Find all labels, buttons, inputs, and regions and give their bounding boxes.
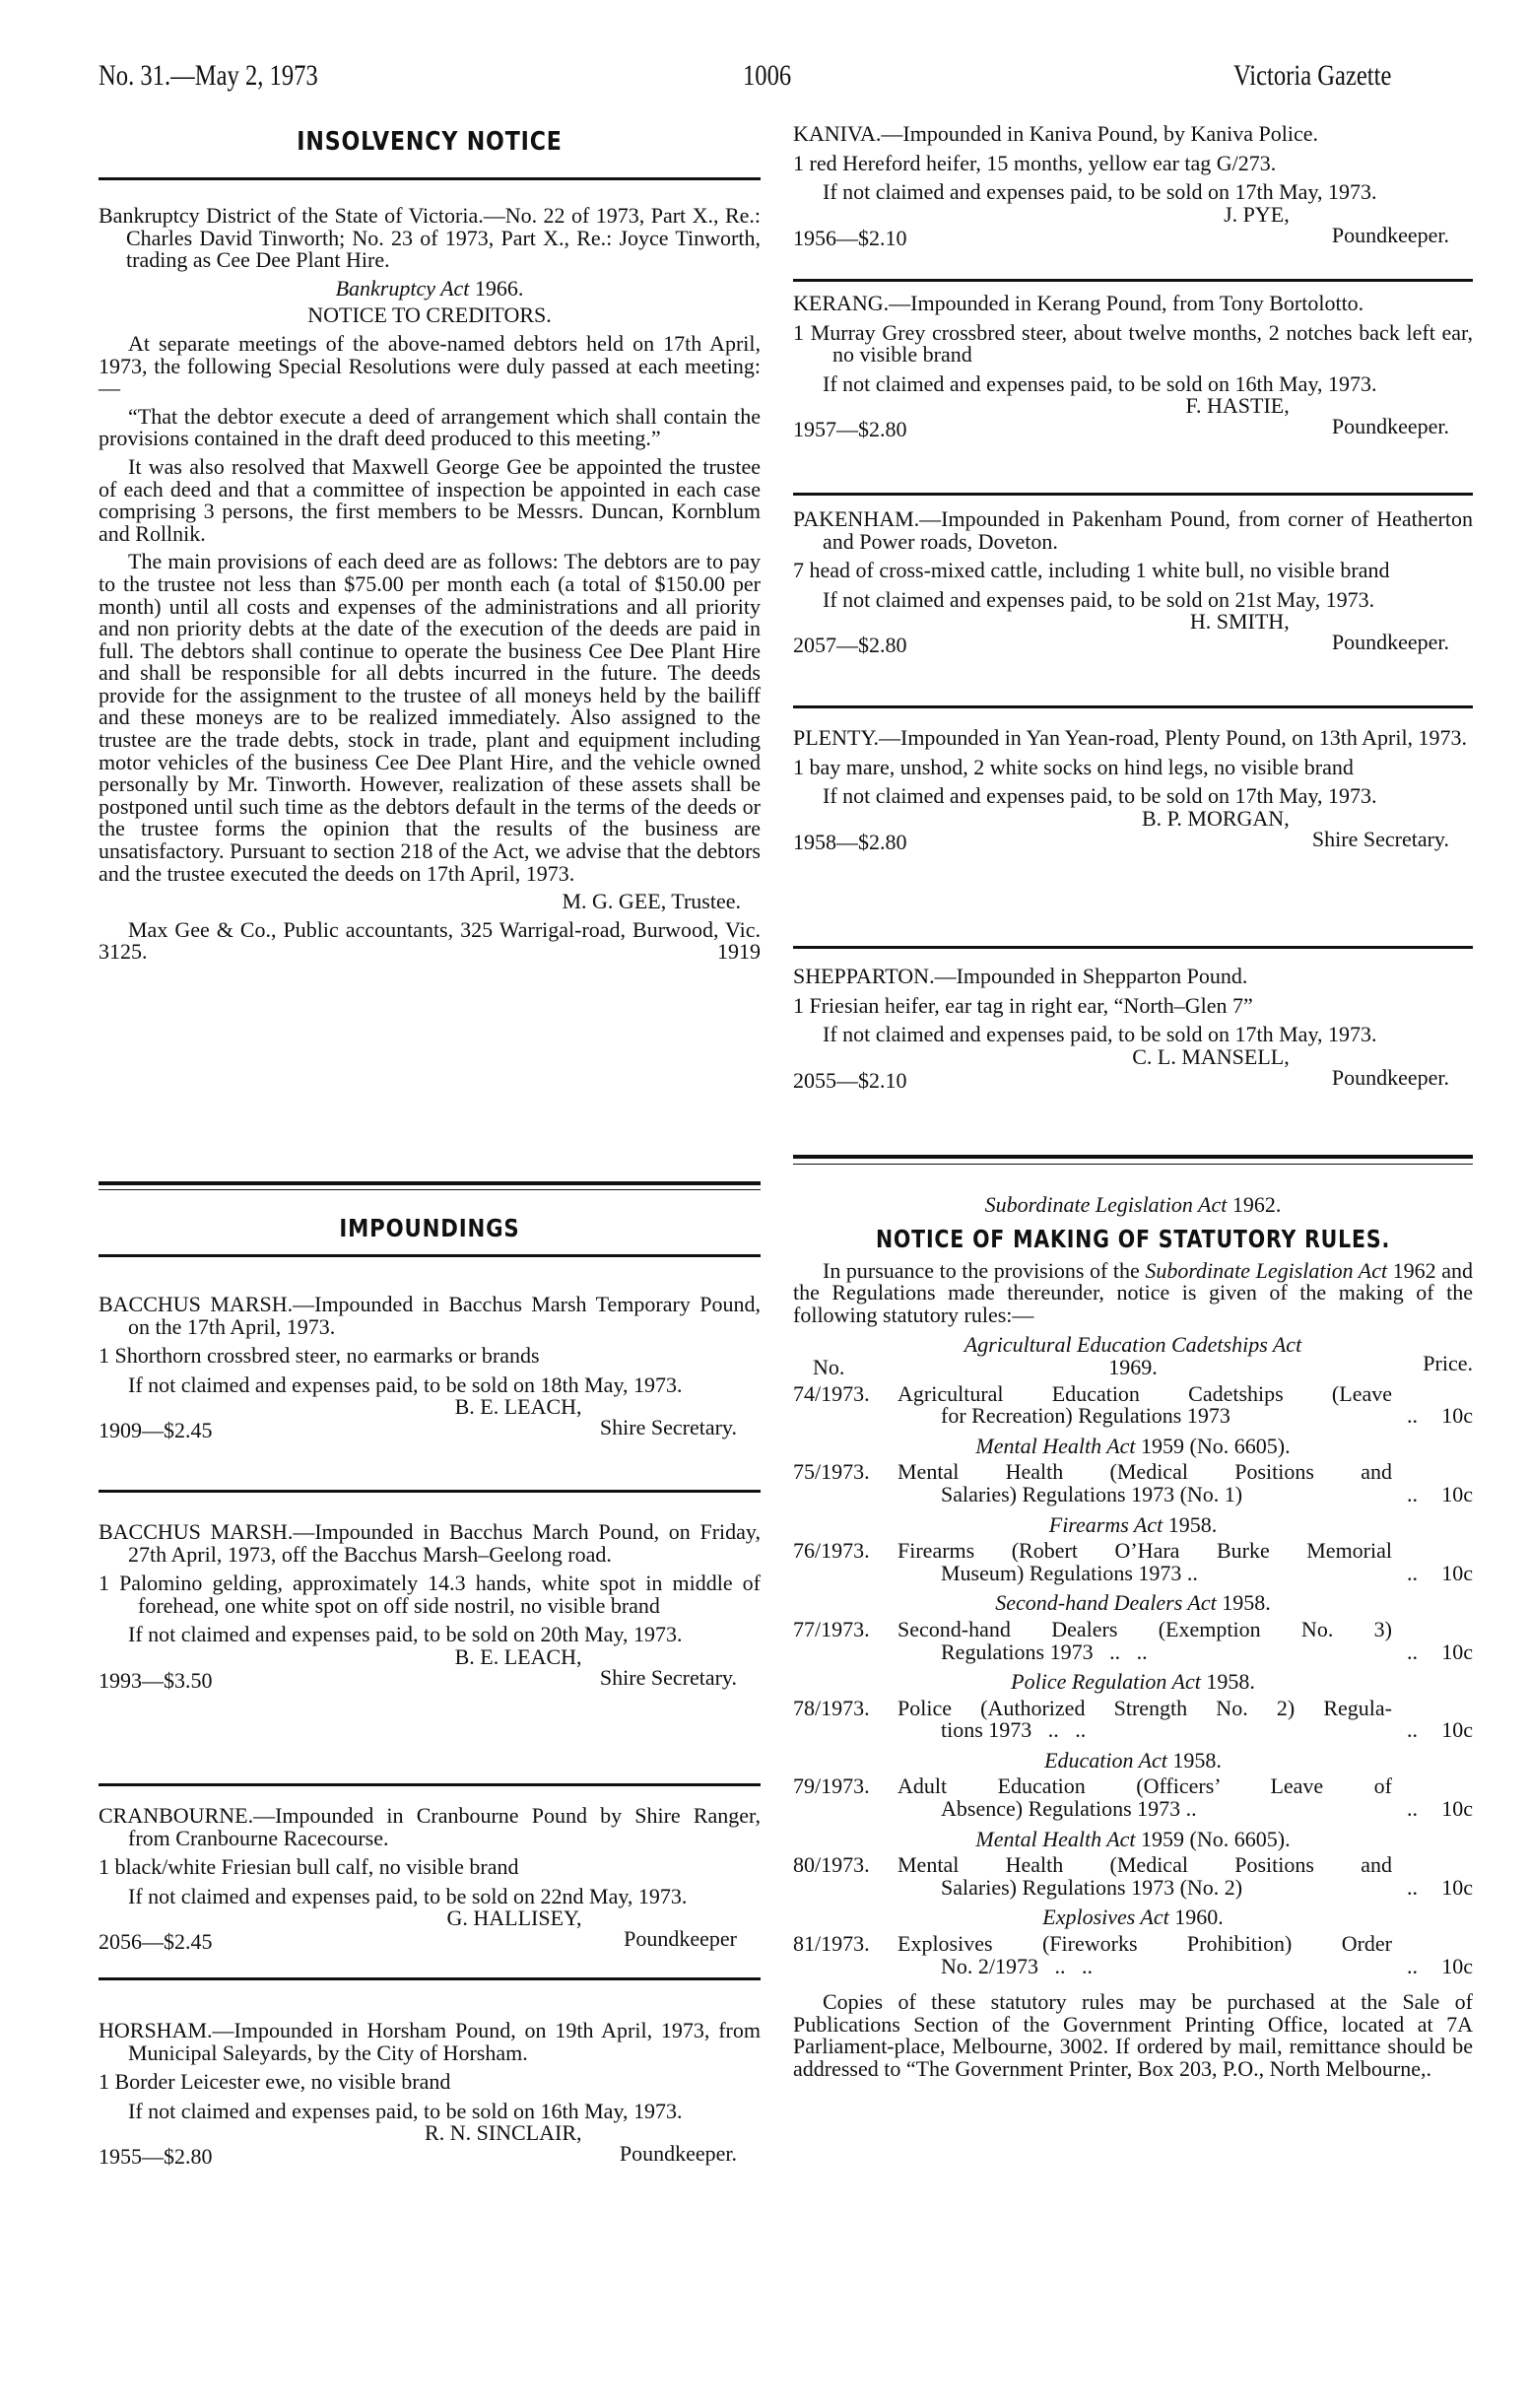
rule-dots: ..: [1392, 1641, 1418, 1664]
double-rule-thin: [99, 1189, 761, 1190]
rule-divider: [793, 705, 1473, 708]
impounding-notice: SHEPPARTON.—Impounded in Shepparton Poun…: [793, 966, 1473, 1094]
rule-number: 77/1973.: [793, 1619, 897, 1663]
notice-animal: 1 black/white Friesian bull calf, no vis…: [99, 1856, 761, 1879]
notice-ref: 1955—$2.80: [99, 2146, 213, 2169]
impounding-notice: CRANBOURNE.—Impounded in Cranbourne Poun…: [99, 1805, 761, 1955]
impounding-notice: KERANG.—Impounded in Kerang Pound, from …: [793, 293, 1473, 442]
notice-animal: 1 red Hereford heifer, 15 months, yellow…: [793, 153, 1473, 175]
rule-title: Mental Health (Medical Positions andSala…: [897, 1854, 1392, 1899]
rule-title-line: Police (Authorized Strength No. 2) Regul…: [897, 1698, 1392, 1720]
act-year: 1959 (No. 6605).: [1141, 1827, 1291, 1851]
signer-name: B. E. LEACH,: [455, 1646, 582, 1669]
notice-heading: KERANG.—Impounded in Kerang Pound, from …: [793, 293, 1473, 315]
statutory-rule-row: 77/1973.Second-hand Dealers (Exemption N…: [793, 1619, 1473, 1663]
rule-title-line: Explosives (Fireworks Prohibition) Order: [897, 1933, 1392, 1956]
rule-price: 10c: [1418, 1956, 1473, 1978]
notice-sale: If not claimed and expenses paid, to be …: [793, 1024, 1473, 1046]
notice-ref: 2056—$2.45: [99, 1931, 213, 1954]
enabling-act-year: 1962.: [1232, 1192, 1282, 1217]
signer-role: Poundkeeper.: [1332, 225, 1449, 247]
rule-dots: ..: [1392, 1484, 1418, 1506]
notice-heading: KANIVA.—Impounded in Kaniva Pound, by Ka…: [793, 123, 1473, 146]
double-rule-thin: [793, 1164, 1473, 1165]
rule-enabling-act: Firearms Act 1958.: [793, 1514, 1473, 1537]
rule-title: Agricultural Education Cadetships (Leave…: [897, 1383, 1392, 1428]
rule-number: 78/1973.: [793, 1698, 897, 1742]
rule-title: Police (Authorized Strength No. 2) Regul…: [897, 1698, 1392, 1742]
impounding-notice: BACCHUS MARSH.—Impounded in Bacchus Mars…: [99, 1294, 761, 1443]
insolvency-ref: 1919: [688, 941, 761, 964]
signer-name: B. P. MORGAN,: [1142, 808, 1290, 831]
rule-title-line: Firearms (Robert O’Hara Burke Memorial: [897, 1540, 1392, 1563]
notice-sale: If not claimed and expenses paid, to be …: [793, 589, 1473, 612]
insolvency-section: INSOLVENCY NOTICE: [99, 126, 761, 158]
act-year: 1958.: [1168, 1512, 1218, 1537]
notice-heading: HORSHAM.—Impounded in Horsham Pound, on …: [99, 2020, 761, 2064]
notice-heading: PAKENHAM.—Impounded in Pakenham Pound, f…: [793, 508, 1473, 553]
firm-address: Max Gee & Co., Public accountants, 325 W…: [99, 917, 761, 965]
rule-price: 10c: [1418, 1563, 1473, 1585]
statutory-rules-title: NOTICE OF MAKING OF STATUTORY RULES.: [854, 1225, 1412, 1254]
intro-italic: Subordinate Legislation Act: [1145, 1258, 1387, 1283]
notice-sale: If not claimed and expenses paid, to be …: [99, 1886, 761, 1908]
act-year: 1966.: [475, 276, 524, 301]
rule-title: Second-hand Dealers (Exemption No. 3)Reg…: [897, 1619, 1392, 1663]
act-italic: Mental Health Act: [975, 1434, 1135, 1458]
insolvency-body: Bankruptcy District of the State of Vict…: [99, 205, 761, 964]
notice-animal: 7 head of cross-mixed cattle, including …: [793, 560, 1473, 582]
rule-divider: [99, 1783, 761, 1786]
rule-title-line: Museum) Regulations 1973 ..: [897, 1563, 1392, 1585]
rule-number: 75/1973.: [793, 1461, 897, 1505]
rule-divider: [99, 177, 761, 180]
act-name: Agricultural Education Cadetships Act 19…: [956, 1334, 1310, 1378]
insolvency-paragraph: The main provisions of each deed are as …: [99, 551, 761, 885]
act-year: 1959 (No. 6605).: [1141, 1434, 1291, 1458]
rule-enabling-act: Mental Health Act 1959 (No. 6605).: [793, 1436, 1473, 1458]
rule-dots: ..: [1392, 1719, 1418, 1742]
act-italic: Police Regulation Act: [1011, 1669, 1201, 1694]
signer-name: H. SMITH,: [1190, 611, 1290, 634]
column-header-price: Price.: [1423, 1353, 1473, 1375]
rule-title: Explosives (Fireworks Prohibition) Order…: [897, 1933, 1392, 1977]
notice-signature: H. SMITH,Poundkeeper.2057—$2.80: [793, 611, 1473, 658]
statutory-rules-list: No.Price.Agricultural Education Cadetshi…: [793, 1334, 1473, 1977]
notice-animal: 1 Shorthorn crossbred steer, no earmarks…: [99, 1345, 761, 1368]
signer-name: J. PYE,: [1224, 204, 1290, 227]
signer-name: B. E. LEACH,: [455, 1396, 582, 1419]
notice-ref: 1993—$3.50: [99, 1670, 213, 1693]
enabling-act: Subordinate Legislation Act 1962.: [793, 1194, 1473, 1217]
notice-animal: 1 Palomino gelding, approximately 14.3 h…: [99, 1572, 761, 1617]
header-issue: No. 31.—May 2, 1973: [99, 59, 318, 93]
act-italic: Firearms Act: [1049, 1512, 1163, 1537]
notice-sale: If not claimed and expenses paid, to be …: [793, 373, 1473, 396]
notice-sale: If not claimed and expenses paid, to be …: [99, 1374, 761, 1397]
impounding-notice: HORSHAM.—Impounded in Horsham Pound, on …: [99, 2020, 761, 2170]
header-page-number: 1006: [743, 59, 791, 93]
statutory-rule-row: 76/1973.Firearms (Robert O’Hara Burke Me…: [793, 1540, 1473, 1584]
act-year: 1958.: [1206, 1669, 1255, 1694]
rule-title: Adult Education (Officers’ Leave ofAbsen…: [897, 1775, 1392, 1820]
statutory-rule-row: 75/1973.Mental Health (Medical Positions…: [793, 1461, 1473, 1505]
notice-ref: 2055—$2.10: [793, 1070, 907, 1093]
statutory-rule-row: 78/1973.Police (Authorized Strength No. …: [793, 1698, 1473, 1742]
rule-enabling-act: Second-hand Dealers Act 1958.: [793, 1592, 1473, 1615]
rule-dots: ..: [1392, 1877, 1418, 1900]
notice-heading: BACCHUS MARSH.—Impounded in Bacchus Mars…: [99, 1294, 761, 1338]
rule-dots: ..: [1392, 1563, 1418, 1585]
notice-ref: 1958—$2.80: [793, 832, 907, 854]
act-italic: Agricultural Education Cadetships Act: [964, 1332, 1301, 1357]
statutory-closing: Copies of these statutory rules may be p…: [793, 1991, 1473, 2080]
notice-heading: SHEPPARTON.—Impounded in Shepparton Poun…: [793, 966, 1473, 988]
notice-sale: If not claimed and expenses paid, to be …: [99, 2101, 761, 2123]
signer-name: C. L. MANSELL,: [1132, 1046, 1290, 1069]
header-publication: Victoria Gazette: [1233, 59, 1391, 93]
rule-dots: ..: [1392, 1405, 1418, 1428]
statutory-rule-row: 79/1973.Adult Education (Officers’ Leave…: [793, 1775, 1473, 1820]
signer-role: Poundkeeper.: [620, 2143, 737, 2166]
rule-divider: [793, 493, 1473, 496]
act-year: 1969.: [1108, 1355, 1158, 1379]
rule-price: 10c: [1418, 1405, 1473, 1428]
statutory-rule-row: 80/1973.Mental Health (Medical Positions…: [793, 1854, 1473, 1899]
column-header-no: No.: [813, 1357, 844, 1379]
notice-signature: J. PYE,Poundkeeper.1956—$2.10: [793, 204, 1473, 251]
rule-enabling-act: No.Price.Agricultural Education Cadetshi…: [793, 1334, 1473, 1378]
act-italic: Explosives Act: [1042, 1905, 1169, 1929]
notice-heading: BACCHUS MARSH.—Impounded in Bacchus Marc…: [99, 1521, 761, 1566]
notice-heading: PLENTY.—Impounded in Yan Yean-road, Plen…: [793, 727, 1473, 750]
statutory-intro: In pursuance to the provisions of the Su…: [793, 1260, 1473, 1327]
rule-title: Firearms (Robert O’Hara Burke MemorialMu…: [897, 1540, 1392, 1584]
impounding-notice: PLENTY.—Impounded in Yan Yean-road, Plen…: [793, 727, 1473, 855]
notice-signature: B. P. MORGAN,Shire Secretary.1958—$2.80: [793, 808, 1473, 855]
act-italic: Second-hand Dealers Act: [995, 1590, 1216, 1615]
notice-signature: G. HALLISEY,Poundkeeper2056—$2.45: [99, 1907, 761, 1955]
rule-divider: [793, 279, 1473, 282]
rule-title-line: No. 2/1973 .. ..: [897, 1956, 1392, 1978]
notice-sale: If not claimed and expenses paid, to be …: [793, 785, 1473, 808]
notice-signature: B. E. LEACH,Shire Secretary.1993—$3.50: [99, 1646, 761, 1694]
act-year: 1958.: [1172, 1748, 1222, 1773]
notice-signature: R. N. SINCLAIR,Poundkeeper.1955—$2.80: [99, 2122, 761, 2170]
insolvency-act: Bankruptcy Act 1966.: [99, 278, 761, 301]
notice-signature: B. E. LEACH,Shire Secretary.1909—$2.45: [99, 1396, 761, 1443]
act-italic: Mental Health Act: [975, 1827, 1135, 1851]
rule-enabling-act: Police Regulation Act 1958.: [793, 1671, 1473, 1694]
enabling-act-italic: Subordinate Legislation Act: [985, 1192, 1228, 1217]
impounding-notice: KANIVA.—Impounded in Kaniva Pound, by Ka…: [793, 123, 1473, 251]
rule-divider: [99, 1490, 761, 1493]
insolvency-signature: M. G. GEE, Trustee.: [99, 891, 761, 913]
insolvency-title: INSOLVENCY NOTICE: [148, 126, 710, 158]
signer-role: Shire Secretary.: [600, 1417, 737, 1439]
notice-ref: 1957—$2.80: [793, 419, 907, 441]
notice-signature: C. L. MANSELL,Poundkeeper.2055—$2.10: [793, 1046, 1473, 1094]
rule-dots: ..: [1392, 1956, 1418, 1978]
notice-animal: 1 Border Leicester ewe, no visible brand: [99, 2071, 761, 2094]
rule-title-line: tions 1973 .. ..: [897, 1719, 1392, 1742]
notice-animal: 1 Friesian heifer, ear tag in right ear,…: [793, 995, 1473, 1018]
rule-divider: [793, 946, 1473, 949]
statutory-rules-section: Subordinate Legislation Act 1962. NOTICE…: [793, 1194, 1473, 2081]
rule-title-line: Mental Health (Medical Positions and: [897, 1461, 1392, 1484]
rule-price: 10c: [1418, 1877, 1473, 1900]
rule-title-line: for Recreation) Regulations 1973: [897, 1405, 1392, 1428]
signer-name: F. HASTIE,: [1186, 395, 1290, 418]
notice-signature: F. HASTIE,Poundkeeper.1957—$2.80: [793, 395, 1473, 442]
insolvency-intro: Bankruptcy District of the State of Vict…: [99, 205, 761, 272]
rule-enabling-act: Mental Health Act 1959 (No. 6605).: [793, 1829, 1473, 1851]
rule-title-line: Agricultural Education Cadetships (Leave: [897, 1383, 1392, 1406]
signer-role: Poundkeeper: [624, 1928, 737, 1951]
rule-title-line: Salaries) Regulations 1973 (No. 1): [897, 1484, 1392, 1506]
rule-title-line: Salaries) Regulations 1973 (No. 2): [897, 1877, 1392, 1900]
act-year: 1960.: [1174, 1905, 1224, 1929]
notice-ref: 1909—$2.45: [99, 1420, 213, 1442]
rule-price: 10c: [1418, 1719, 1473, 1742]
rule-title-line: Absence) Regulations 1973 ..: [897, 1798, 1392, 1821]
double-rule-thick: [99, 1181, 761, 1185]
rule-title-line: Second-hand Dealers (Exemption No. 3): [897, 1619, 1392, 1641]
notice-ref: 1956—$2.10: [793, 228, 907, 250]
rule-number: 74/1973.: [793, 1383, 897, 1428]
insolvency-paragraph: It was also resolved that Maxwell George…: [99, 456, 761, 545]
signer-role: Shire Secretary.: [600, 1667, 737, 1690]
signer-role: Poundkeeper.: [1332, 1067, 1449, 1090]
statutory-rule-row: 74/1973.Agricultural Education Cadetship…: [793, 1383, 1473, 1428]
rule-dots: ..: [1392, 1798, 1418, 1821]
signer-role: Poundkeeper.: [1332, 416, 1449, 438]
double-rule-thick: [793, 1155, 1473, 1159]
rule-title: Mental Health (Medical Positions andSala…: [897, 1461, 1392, 1505]
impoundings-title: IMPOUNDINGS: [148, 1214, 710, 1243]
rule-number: 80/1973.: [793, 1854, 897, 1899]
act-italic: Education Act: [1044, 1748, 1167, 1773]
impounding-notice: BACCHUS MARSH.—Impounded in Bacchus Marc…: [99, 1521, 761, 1694]
rule-title-line: Regulations 1973 .. ..: [897, 1641, 1392, 1664]
impoundings-heading: IMPOUNDINGS: [99, 1214, 761, 1243]
rule-number: 79/1973.: [793, 1775, 897, 1820]
notice-sale: If not claimed and expenses paid, to be …: [793, 181, 1473, 204]
rule-title-line: Mental Health (Medical Positions and: [897, 1854, 1392, 1877]
rule-divider: [99, 1977, 761, 1980]
rule-number: 76/1973.: [793, 1540, 897, 1584]
act-italic: Bankruptcy Act: [336, 276, 470, 301]
notice-animal: 1 Murray Grey crossbred steer, about twe…: [793, 322, 1473, 367]
rule-price: 10c: [1418, 1484, 1473, 1506]
rule-enabling-act: Education Act 1958.: [793, 1750, 1473, 1773]
rule-divider: [99, 1254, 761, 1257]
insolvency-firm: Max Gee & Co., Public accountants, 325 W…: [99, 919, 761, 964]
rule-price: 10c: [1418, 1798, 1473, 1821]
notice-sale: If not claimed and expenses paid, to be …: [99, 1624, 761, 1646]
signer-role: Poundkeeper.: [1332, 632, 1449, 654]
impounding-notice: PAKENHAM.—Impounded in Pakenham Pound, f…: [793, 508, 1473, 658]
rule-price: 10c: [1418, 1641, 1473, 1664]
rule-title-line: Adult Education (Officers’ Leave of: [897, 1775, 1392, 1798]
insolvency-subtitle: NOTICE TO CREDITORS.: [99, 304, 761, 327]
rule-enabling-act: Explosives Act 1960.: [793, 1906, 1473, 1929]
notice-heading: CRANBOURNE.—Impounded in Cranbourne Poun…: [99, 1805, 761, 1849]
insolvency-paragraph: “That the debtor execute a deed of arran…: [99, 406, 761, 450]
act-year: 1958.: [1222, 1590, 1271, 1615]
signer-role: Shire Secretary.: [1312, 829, 1449, 851]
intro-text: In pursuance to the provisions of the: [823, 1258, 1145, 1283]
notice-animal: 1 bay mare, unshod, 2 white socks on hin…: [793, 757, 1473, 779]
signer-name: G. HALLISEY,: [446, 1907, 581, 1930]
signer-name: R. N. SINCLAIR,: [425, 2122, 582, 2145]
notice-ref: 2057—$2.80: [793, 635, 907, 657]
insolvency-paragraph: At separate meetings of the above-named …: [99, 333, 761, 400]
rule-number: 81/1973.: [793, 1933, 897, 1977]
statutory-rule-row: 81/1973.Explosives (Fireworks Prohibitio…: [793, 1933, 1473, 1977]
